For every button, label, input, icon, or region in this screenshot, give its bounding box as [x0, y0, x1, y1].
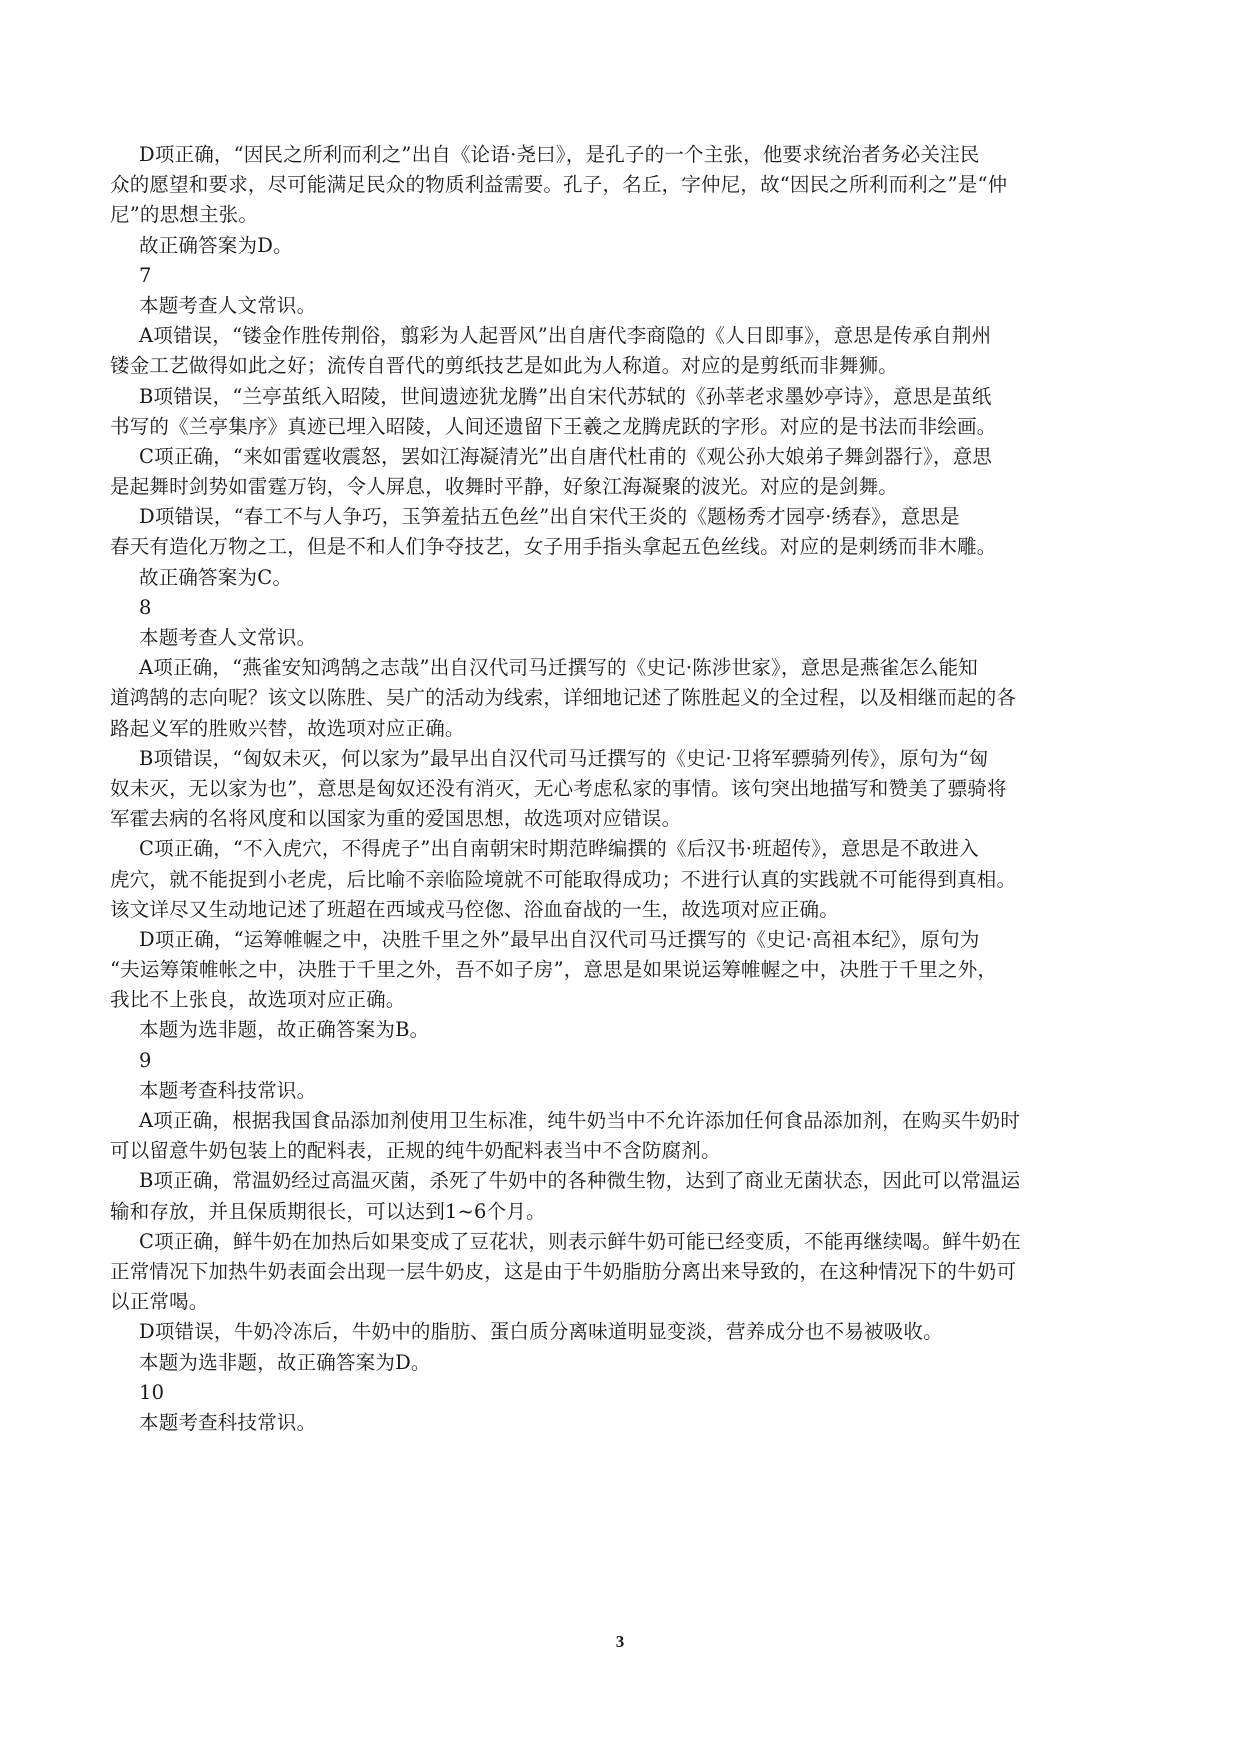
text-line: 路起义军的胜败兴替，故选项对应正确。	[110, 714, 1120, 744]
text-line: 本题考查人文常识。	[110, 623, 1120, 653]
text-line: 春天有造化万物之工，但是不和人们争夺技艺，女子用手指头拿起五色丝线。对应的是刺绣…	[110, 532, 1120, 562]
text-line: 本题为选非题，故正确答案为D。	[110, 1348, 1120, 1378]
text-line: B项错误，“匈奴未灭，何以家为”最早出自汉代司马迁撰写的《史记·卫将军骠骑列传》…	[110, 744, 1120, 774]
text-line: D项正确，“运筹帷幄之中，决胜千里之外”最早出自汉代司马迁撰写的《史记·高祖本纪…	[110, 925, 1120, 955]
text-line: A项错误，“镂金作胜传荆俗，翦彩为人起晋风”出自唐代李商隐的《人日即事》，意思是…	[110, 321, 1120, 351]
text-line: 本题为选非题，故正确答案为B。	[110, 1015, 1120, 1045]
text-line: 奴未灭，无以家为也”，意思是匈奴还没有消灭，无心考虑私家的事情。该句突出地描写和…	[110, 774, 1120, 804]
text-line: 该文详尽又生动地记述了班超在西域戎马倥偬、浴血奋战的一生，故选项对应正确。	[110, 895, 1120, 925]
text-line: “夫运筹策帷帐之中，决胜于千里之外，吾不如子房”，意思是如果说运筹帷幄之中，决胜…	[110, 955, 1120, 985]
text-line: 7	[110, 261, 1120, 291]
text-line: A项正确，根据我国食品添加剂使用卫生标准，纯牛奶当中不允许添加任何食品添加剂，在…	[110, 1106, 1120, 1136]
text-line: C项正确，“不入虎穴，不得虎子”出自南朝宋时期范晔编撰的《后汉书·班超传》，意思…	[110, 834, 1120, 864]
text-line: 道鸿鹄的志向呢？该文以陈胜、吴广的活动为线索，详细地记述了陈胜起义的全过程，以及…	[110, 683, 1120, 713]
text-line: 正常情况下加热牛奶表面会出现一层牛奶皮，这是由于牛奶脂肪分离出来导致的，在这种情…	[110, 1257, 1120, 1287]
text-line: 虎穴，就不能捉到小老虎，后比喻不亲临险境就不可能取得成功；不进行认真的实践就不可…	[110, 865, 1120, 895]
text-line: 故正确答案为D。	[110, 231, 1120, 261]
text-line: 9	[110, 1046, 1120, 1076]
text-line: D项错误，牛奶冷冻后，牛奶中的脂肪、蛋白质分离味道明显变淡，营养成分也不易被吸收…	[110, 1317, 1120, 1347]
text-line: 以正常喝。	[110, 1287, 1120, 1317]
text-line: 8	[110, 593, 1120, 623]
text-line: 是起舞时剑势如雷霆万钧，令人屏息，收舞时平静，好象江海凝聚的波光。对应的是剑舞。	[110, 472, 1120, 502]
page-number: 3	[0, 1632, 1240, 1652]
text-line: B项正确，常温奶经过高温灭菌，杀死了牛奶中的各种微生物，达到了商业无菌状态，因此…	[110, 1166, 1120, 1196]
text-line: 本题考查科技常识。	[110, 1076, 1120, 1106]
text-line: 输和存放，并且保质期很长，可以达到1~6个月。	[110, 1197, 1120, 1227]
text-line: 故正确答案为C。	[110, 563, 1120, 593]
text-line: D项正确，“因民之所利而利之”出自《论语·尧曰》，是孔子的一个主张，他要求统治者…	[110, 140, 1120, 170]
text-line: 可以留意牛奶包装上的配料表，正规的纯牛奶配料表当中不含防腐剂。	[110, 1136, 1120, 1166]
text-line: 本题考查科技常识。	[110, 1408, 1120, 1438]
text-line: 军霍去病的名将风度和以国家为重的爱国思想，故选项对应错误。	[110, 804, 1120, 834]
text-line: 尼”的思想主张。	[110, 200, 1120, 230]
text-line: 镂金工艺做得如此之好；流传自晋代的剪纸技艺是如此为人称道。对应的是剪纸而非舞狮。	[110, 351, 1120, 381]
text-line: D项错误，“春工不与人争巧，玉笋羞拈五色丝”出自宋代王炎的《题杨秀才园亭·绣春》…	[110, 502, 1120, 532]
text-line: B项错误，“兰亭茧纸入昭陵，世间遗迹犹龙腾”出自宋代苏轼的《孙莘老求墨妙亭诗》，…	[110, 382, 1120, 412]
text-line: 书写的《兰亭集序》真迹已埋入昭陵，人间还遗留下王羲之龙腾虎跃的字形。对应的是书法…	[110, 412, 1120, 442]
text-line: 众的愿望和要求，尽可能满足民众的物质利益需要。孔子，名丘，字仲尼，故“因民之所利…	[110, 170, 1120, 200]
text-line: 我比不上张良，故选项对应正确。	[110, 985, 1120, 1015]
text-line: 10	[110, 1378, 1120, 1408]
text-line: A项正确，“燕雀安知鸿鹄之志哉”出自汉代司马迁撰写的《史记·陈涉世家》，意思是燕…	[110, 653, 1120, 683]
document-page: D项正确，“因民之所利而利之”出自《论语·尧曰》，是孔子的一个主张，他要求统治者…	[0, 0, 1240, 1754]
page-body: D项正确，“因民之所利而利之”出自《论语·尧曰》，是孔子的一个主张，他要求统治者…	[110, 140, 1120, 1438]
text-line: C项正确，“来如雷霆收震怒，罢如江海凝清光”出自唐代杜甫的《观公孙大娘弟子舞剑器…	[110, 442, 1120, 472]
text-line: 本题考查人文常识。	[110, 291, 1120, 321]
text-line: C项正确，鲜牛奶在加热后如果变成了豆花状，则表示鲜牛奶可能已经变质，不能再继续喝…	[110, 1227, 1120, 1257]
